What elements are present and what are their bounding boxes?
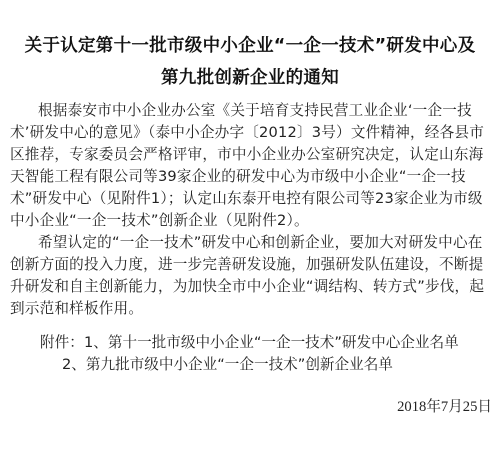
document-title-line-1: 关于认定第十一批市级中小企业“一企一技术”研发中心及: [0, 32, 500, 57]
paragraph-line: 根据泰安市中小企业办公室《关于培育支持民营工业企业‘一企一技: [38, 99, 472, 120]
paragraph-line: 术’研发中心的意见》（泰中小企办字〔2012〕3号）文件精神，经各县市: [10, 121, 484, 142]
document-date: 2018年7月25日: [397, 395, 492, 416]
paragraph-line: 升研发和自主创新能力，为加快全市中小企业“调结构、转方式”步伐，起: [10, 275, 484, 296]
document-title-line-2: 第九批创新企业的通知: [0, 64, 500, 89]
attachment-item: 2、第九批市级中小企业“一企一技术”创新企业名单: [62, 353, 393, 374]
paragraph-line: 希望认定的“一企一技术”研发中心和创新企业，要加大对研发中心在: [38, 231, 483, 252]
paragraph-line: 中小企业“一企一技术”创新企业（见附件2）。: [10, 209, 309, 230]
paragraph-line: 创新方面的投入力度，进一步完善研发设施，加强研发队伍建设，不断提: [10, 253, 483, 274]
attachments-label: 附件：: [40, 331, 84, 352]
paragraph-line: 区推荐，专家委员会严格评审，市中小企业办公室研究决定，认定山东海: [10, 143, 483, 164]
attachment-item: 1、第十一批市级中小企业“一企一技术”研发中心企业名单: [84, 331, 459, 352]
paragraph-line: 到示范和样板作用。: [10, 297, 143, 318]
paragraph-line: 天智能工程有限公司等39家企业的研发中心为市级中小企业“一企一技: [10, 165, 466, 186]
paragraph-line: 术”研发中心（见附件1）；认定山东泰开电控有限公司等23家企业为市级: [10, 187, 483, 208]
